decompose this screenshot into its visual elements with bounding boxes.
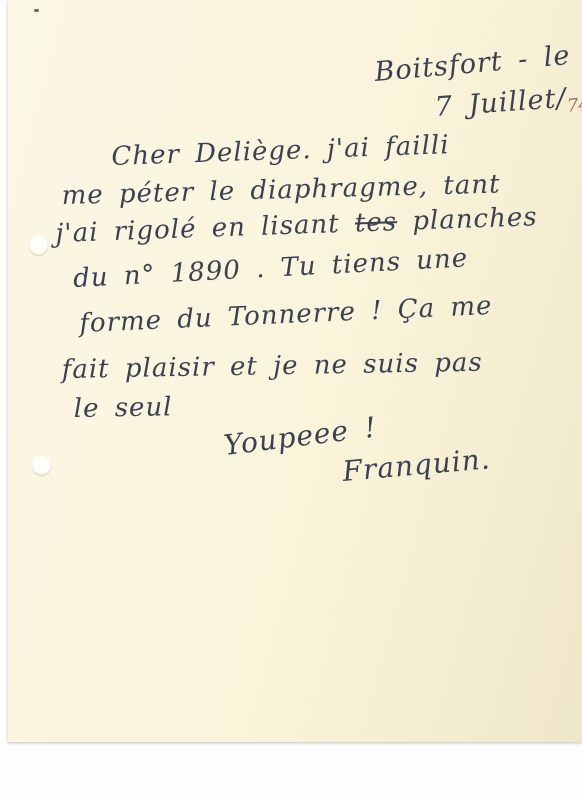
- paper-speck: [34, 9, 39, 12]
- scanned-letter: Boitsfort - le 7 Juillet/74 Cher Deliège…: [0, 0, 582, 800]
- punch-hole-bottom: [32, 456, 51, 475]
- handwriting-line-3-post: planches: [397, 202, 538, 237]
- handwriting-line-7: le seul: [73, 392, 172, 424]
- dateline-year: 74: [566, 94, 582, 117]
- handwriting-line-3-struck-word: tes: [354, 207, 397, 238]
- punch-hole-top: [29, 236, 48, 255]
